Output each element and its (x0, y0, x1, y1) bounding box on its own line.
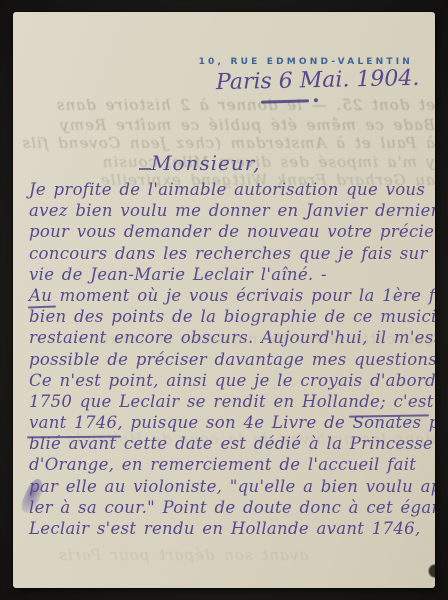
body-line: d'Orange, en remerciement de l'accueil f… (29, 454, 435, 475)
body-line: Leclair s'est rendu en Hollande avant 17… (29, 518, 435, 539)
letter-paper: et dont 25. — le donner à 2 histoire dan… (13, 12, 435, 588)
struck-out-word (261, 99, 309, 103)
body-line: par elle au violoniste, "qu'elle a bien … (29, 476, 435, 497)
date-line: Paris 6 Mai. 1904. (215, 66, 419, 95)
letterhead-address: 10, RUE EDMOND-VALENTIN (199, 57, 413, 67)
salutation-dash (139, 168, 151, 170)
body-line: Je profite de l'aimable autorisation que… (29, 179, 435, 200)
body-line: 1750 que Leclair se rendit en Hollande; … (29, 391, 435, 412)
body-line: Ce n'est point, ainsi que je le croyais … (29, 370, 435, 391)
body-line: bien des points de la biographie de ce m… (29, 306, 435, 327)
bleedthrough-line: et dont 25. — le donner à 2 histoire dan… (13, 96, 435, 114)
paper-edge-nick (428, 564, 435, 578)
bleedthrough-line: Bade ce même été publié ce maître Remy (13, 116, 435, 134)
body-line: avez bien voulu me donner en Janvier der… (29, 200, 435, 221)
salutation: Monsieur, (151, 151, 261, 175)
body-line: ler à sa cour." Point de doute donc à ce… (29, 497, 435, 518)
letter-body: Je profite de l'aimable autorisation que… (29, 179, 435, 539)
body-line: Au moment où je vous écrivais pour la 1è… (29, 285, 435, 306)
body-line: concours dans les recherches que je fais… (29, 243, 435, 264)
body-line: pour vous demander de nouveau votre préc… (29, 221, 435, 242)
photographed-letter-page: { "document": { "type": "handwritten-let… (0, 0, 448, 600)
body-line: vie de Jean-Marie Leclair l'aîné. - (29, 264, 435, 285)
body-line: possible de préciser davantage mes quest… (29, 349, 435, 370)
bleedthrough-line: avant son départ pour Paris (13, 546, 308, 564)
bleedthrough-line: à Paul et à Amsterdam (chez Jean Covend … (13, 134, 435, 152)
body-line: restaient encore obscurs. Aujourd'hui, i… (29, 327, 435, 348)
